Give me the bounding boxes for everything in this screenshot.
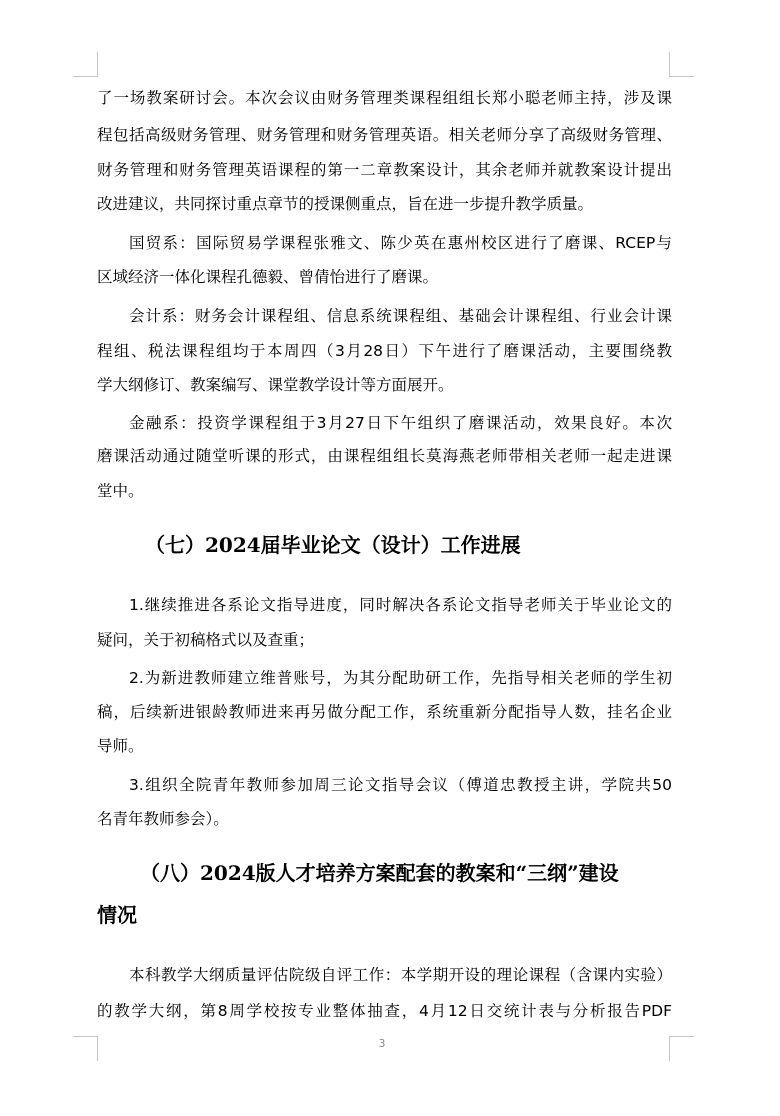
paragraph-line: 财务管理和财务管理英语课程的第一二章教案设计，其余老师并就教案设计提出 — [97, 160, 672, 180]
paragraph-line: 学大纲修订、教案编写、课堂教学设计等方面展开。 — [97, 375, 672, 395]
paragraph-line: 金融系：投资学课程组于3月27日下午组织了磨课活动，效果良好。本次 — [129, 413, 672, 433]
section-heading-continued: 情况 — [97, 902, 137, 928]
crop-mark-bottom-right-h — [669, 1036, 694, 1037]
list-item-line: 稿，后续新进银龄教师进来再另做分配工作，系统重新分配指导人数，挂名企业 — [97, 702, 672, 722]
section-heading: （八）2024版人才培养方案配套的教案和“三纲”建设 — [140, 860, 619, 886]
paragraph-line: 国贸系：国际贸易学课程张雅文、陈少英在惠州校区进行了磨课、RCEP与 — [129, 233, 672, 253]
paragraph-line: 磨课活动通过随堂听课的形式，由课程组组长莫海燕老师带相关老师一起走进课 — [97, 446, 672, 466]
paragraph-line: 区域经济一体化课程孔德毅、曾倩怡进行了磨课。 — [97, 267, 672, 287]
crop-mark-bottom-left-v — [97, 1036, 98, 1061]
section-heading: （七）2024届毕业论文（设计）工作进展 — [145, 532, 521, 558]
list-item-line: 3.组织全院青年教师参加周三论文指导会议（傅道忠教授主讲，学院共50 — [129, 775, 672, 795]
paragraph-line: 堂中。 — [97, 481, 672, 501]
list-item-line: 1.继续推进各系论文指导进度，同时解决各系论文指导老师关于毕业论文的 — [129, 595, 672, 615]
crop-mark-bottom-right-v — [669, 1036, 670, 1061]
paragraph-line: 的教学大纲，第8周学校按专业整体抽查，4月12日交统计表与分析报告PDF — [97, 1001, 672, 1021]
crop-mark-top-right-v — [669, 52, 670, 77]
list-item-line: 导师。 — [97, 736, 672, 756]
page-number: 3 — [376, 1037, 388, 1050]
list-item-line: 疑问，关于初稿格式以及查重； — [97, 630, 672, 650]
paragraph-line: 程包括高级财务管理、财务管理和财务管理英语。相关老师分享了高级财务管理、 — [97, 125, 672, 145]
crop-mark-bottom-left-h — [73, 1036, 98, 1037]
paragraph-line: 了一场教案研讨会。本次会议由财务管理类课程组组长郑小聪老师主持，涉及课 — [97, 88, 672, 108]
paragraph-line: 改进建议，共同探讨重点章节的授课侧重点，旨在进一步提升教学质量。 — [97, 194, 672, 214]
paragraph-line: 本科教学大纲质量评估院级自评工作：本学期开设的理论课程（含课内实验） — [129, 965, 672, 985]
list-item-line: 2.为新进教师建立维普账号，为其分配助研工作，先指导相关老师的学生初 — [129, 668, 672, 688]
crop-mark-top-left-v — [97, 52, 98, 77]
document-page: 了一场教案研讨会。本次会议由财务管理类课程组组长郑小聪老师主持，涉及课 程包括高… — [0, 0, 780, 1116]
crop-mark-top-left-h — [73, 76, 98, 77]
list-item-line: 名青年教师参会）。 — [97, 809, 672, 829]
paragraph-line: 会计系：财务会计课程组、信息系统课程组、基础会计课程组、行业会计课 — [129, 306, 672, 326]
crop-mark-top-right-h — [669, 76, 694, 77]
paragraph-line: 程组、税法课程组均于本周四（3月28日）下午进行了磨课活动，主要围绕教 — [97, 341, 672, 361]
